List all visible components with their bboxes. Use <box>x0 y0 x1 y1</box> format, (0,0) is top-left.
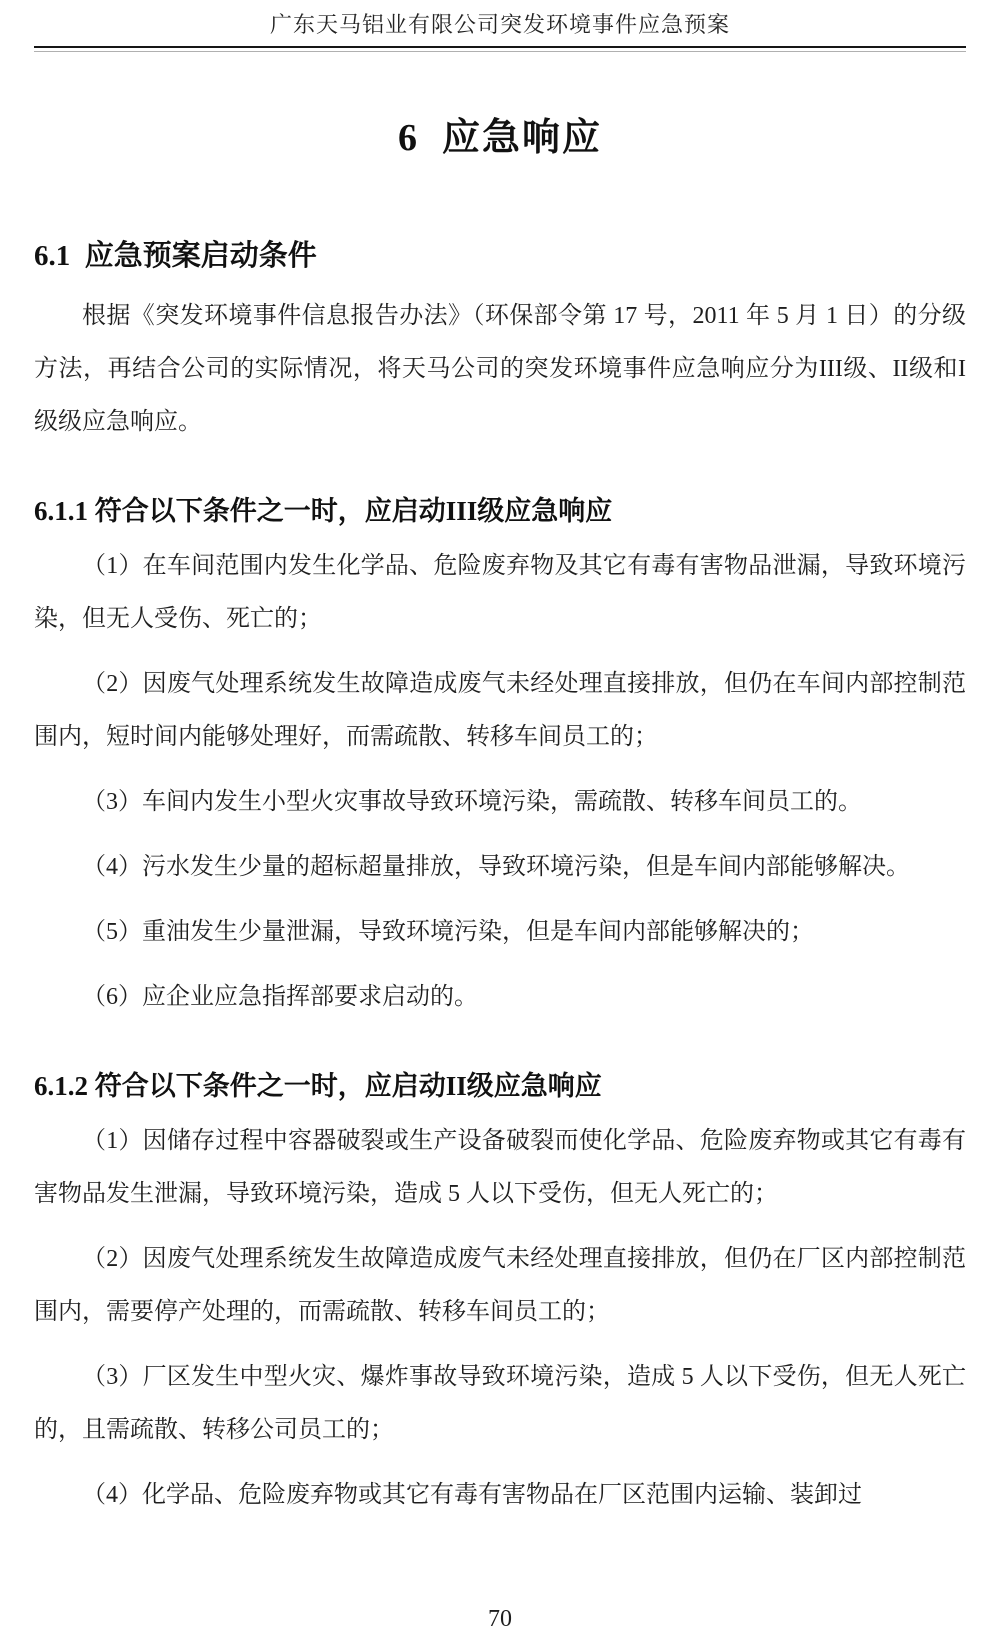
page-header-title: 广东天马铝业有限公司突发环境事件应急预案 <box>34 8 966 39</box>
header-rule-divider <box>34 46 966 52</box>
paragraph-6-1-1-item-2: （2）因废气处理系统发生故障造成废气未经处理直接排放，但仍在车间内部控制范围内，… <box>34 658 966 764</box>
paragraph-6-1-intro: 根据《突发环境事件信息报告办法》（环保部令第 17 号，2011 年 5 月 1… <box>34 290 966 449</box>
paragraph-6-1-1-item-4: （4）污水发生少量的超标超量排放，导致环境污染，但是车间内部能够解决。 <box>34 841 966 894</box>
section-heading-6-1-2: 6.1.2 符合以下条件之一时，应启动II级应急响应 <box>34 1064 966 1103</box>
paragraph-6-1-2-item-3: （3）厂区发生中型火灾、爆炸事故导致环境污染，造成 5 人以下受伤，但无人死亡的… <box>34 1351 966 1457</box>
chapter-heading: 6 应急响应 <box>34 106 966 161</box>
paragraph-6-1-2-item-4: （4）化学品、危险废弃物或其它有毒有害物品在厂区范围内运输、装卸过 <box>34 1469 966 1522</box>
paragraph-6-1-1-item-6: （6）应企业应急指挥部要求启动的。 <box>34 971 966 1024</box>
section-heading-6-1: 6.1 应急预案启动条件 <box>34 233 966 274</box>
page-number: 70 <box>0 1606 1000 1633</box>
paragraph-6-1-1-item-5: （5）重油发生少量泄漏，导致环境污染，但是车间内部能够解决的； <box>34 906 966 959</box>
paragraph-6-1-2-item-2: （2）因废气处理系统发生故障造成废气未经处理直接排放，但仍在厂区内部控制范围内，… <box>34 1233 966 1339</box>
document-page: 广东天马铝业有限公司突发环境事件应急预案 6 应急响应 6.1 应急预案启动条件… <box>0 0 1000 1647</box>
paragraph-6-1-1-item-3: （3）车间内发生小型火灾事故导致环境污染，需疏散、转移车间员工的。 <box>34 776 966 829</box>
paragraph-6-1-2-item-1: （1）因储存过程中容器破裂或生产设备破裂而使化学品、危险废弃物或其它有毒有害物品… <box>34 1115 966 1221</box>
page-header: 广东天马铝业有限公司突发环境事件应急预案 <box>34 8 966 52</box>
section-heading-6-1-1: 6.1.1 符合以下条件之一时，应启动III级应急响应 <box>34 489 966 528</box>
paragraph-6-1-1-item-1: （1）在车间范围内发生化学品、危险废弃物及其它有毒有害物品泄漏，导致环境污染，但… <box>34 540 966 646</box>
